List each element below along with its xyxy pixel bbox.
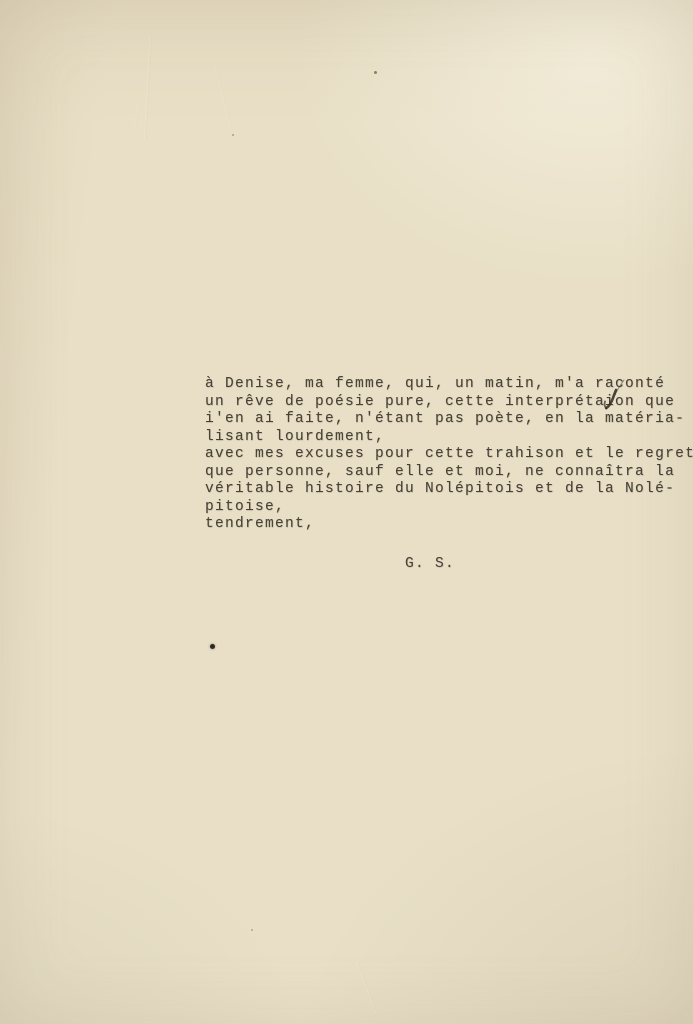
paper-speck xyxy=(374,71,377,74)
letter-line: pitoise, xyxy=(205,499,693,517)
handwritten-correction-mark xyxy=(602,378,628,412)
paper-speck xyxy=(251,929,253,931)
letter-line: avec mes excuses pour cette trahison et … xyxy=(205,446,693,464)
paper-crease xyxy=(214,63,232,128)
letter-line: véritable histoire du Nolépitois et de l… xyxy=(205,481,693,499)
paper-speck xyxy=(232,134,234,136)
paper-crease xyxy=(134,100,140,132)
letter-line: i'en ai faite, n'étant pas poète, en la … xyxy=(205,411,693,429)
paper-sheet: à Denise, ma femme, qui, un matin, m'a r… xyxy=(0,0,693,1024)
letter-line: lisant lourdement, xyxy=(205,429,693,447)
letter-line: tendrement, xyxy=(205,516,693,534)
signature-initials: G. S. xyxy=(405,556,693,574)
ink-dot xyxy=(210,644,215,649)
paper-crease xyxy=(356,961,377,1014)
paper-crease xyxy=(144,36,151,140)
letter-line: que personne, sauf elle et moi, ne conna… xyxy=(205,464,693,482)
